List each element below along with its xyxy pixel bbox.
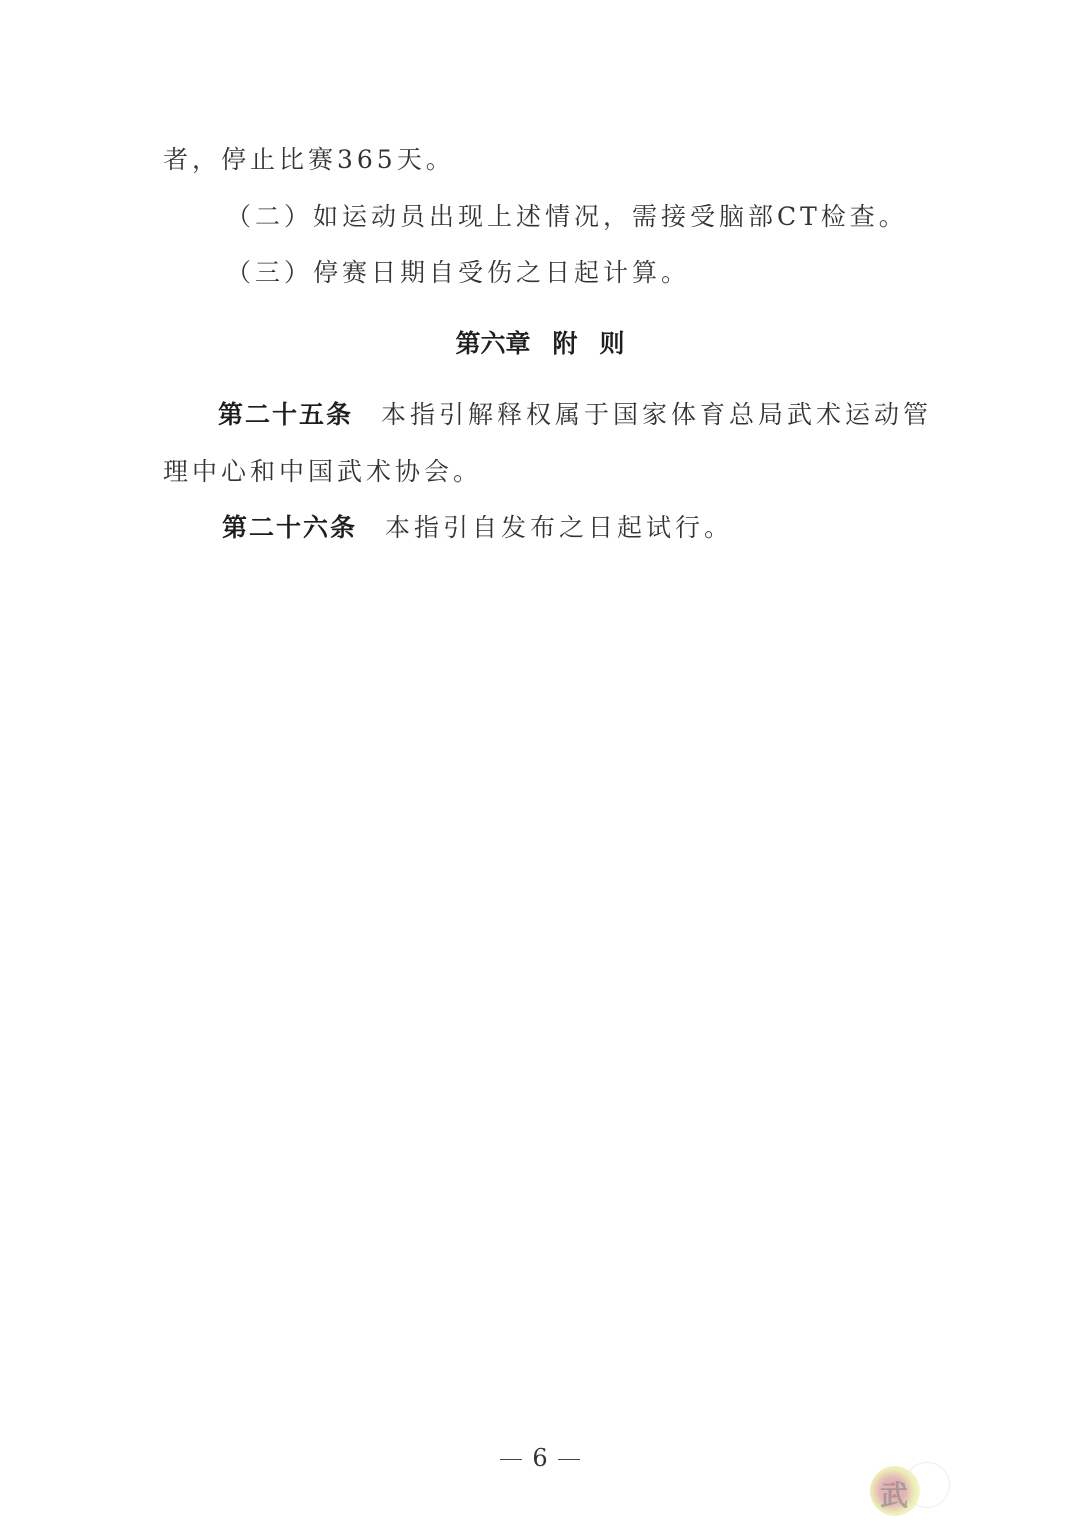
- page-number-value: 6: [532, 1444, 547, 1472]
- chapter-title-part1: 附: [552, 329, 577, 358]
- article-25: 第二十五条本指引解释权属于国家体育总局武术运动管: [218, 398, 932, 432]
- article-25-label: 第二十五条: [218, 400, 353, 429]
- dash-left: [500, 1459, 522, 1460]
- wushu-logo-icon: 武: [870, 1466, 920, 1516]
- paragraph-continuation: 者，停止比赛365天。: [163, 143, 455, 177]
- document-page: 者，停止比赛365天。 （二）如运动员出现上述情况，需接受脑部CT检查。 （三）…: [0, 0, 1080, 1529]
- article-25-continuation: 理中心和中国武术协会。: [163, 455, 482, 489]
- article-26-text: 本指引自发布之日起试行。: [385, 513, 733, 542]
- article-26-label: 第二十六条: [222, 513, 357, 542]
- article-26: 第二十六条本指引自发布之日起试行。: [222, 511, 733, 545]
- watermark-char: 武: [880, 1474, 908, 1514]
- paragraph-item-2: （二）如运动员出现上述情况，需接受脑部CT检查。: [226, 200, 908, 234]
- chapter-heading: 第六章附则: [0, 327, 1080, 361]
- chapter-number: 第六章: [455, 329, 530, 358]
- article-25-text-line1: 本指引解释权属于国家体育总局武术运动管: [381, 400, 932, 429]
- paragraph-item-3: （三）停赛日期自受伤之日起计算。: [226, 256, 690, 290]
- dash-right: [558, 1459, 580, 1460]
- chapter-title-part2: 则: [600, 329, 625, 358]
